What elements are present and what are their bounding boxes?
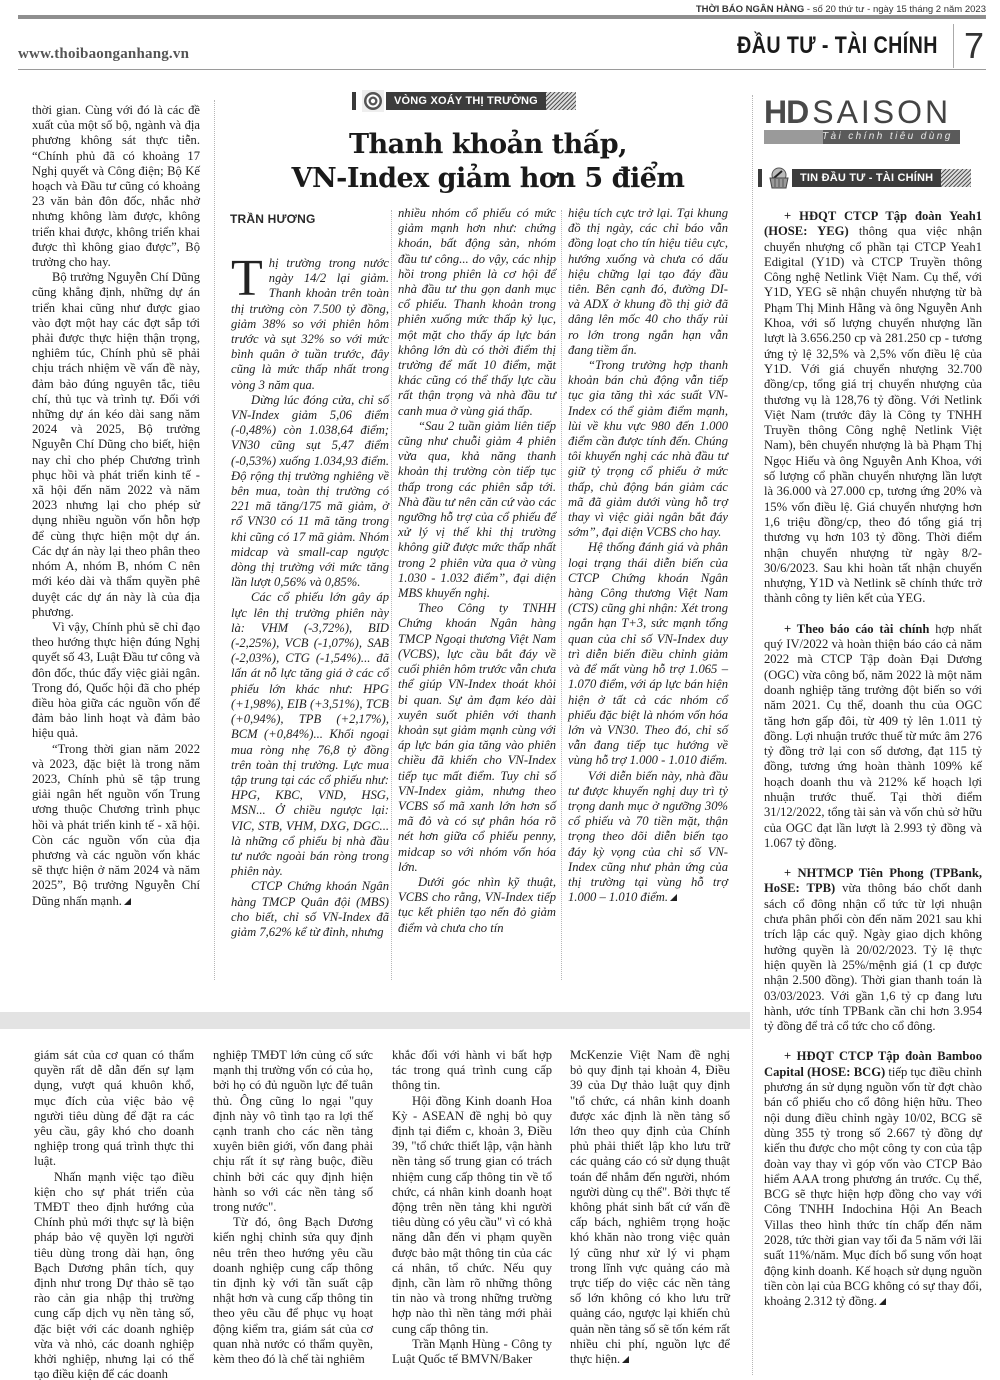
paragraph: hiệu tích cực trở lại. Tại khung đồ thị …: [568, 206, 728, 358]
sidebar-divider: [752, 95, 753, 1375]
header-rule: [18, 69, 986, 70]
paragraph: nghiệp TMĐT lớn củng cố sức mạnh thị trư…: [213, 1048, 373, 1215]
website-link[interactable]: www.thoibaonganhang.vn: [18, 46, 189, 63]
paragraph: “Trong trường hợp thanh khoản bán chủ độ…: [568, 358, 728, 540]
end-mark-icon: [670, 894, 677, 901]
paragraph: giám sát của cơ quan có thẩm quyền rất d…: [34, 1048, 194, 1170]
byline: TRẦN HƯƠNG: [230, 212, 316, 226]
news-item: + HĐQT CTCP Tập đoàn Bamboo Capital (HOS…: [764, 1049, 982, 1309]
paragraph: Hệ thống đánh giá và phân loại trạng thá…: [568, 540, 728, 768]
kicker-label: VÒNG XOÁY THỊ TRƯỜNG: [386, 92, 546, 110]
logo-tagline: Tài chính tiêu dùng: [764, 130, 960, 144]
paragraph: Các cổ phiếu lớn gây áp lực lên thị trườ…: [231, 590, 389, 879]
article-column-3: hiệu tích cực trở lại. Tại khung đồ thị …: [568, 206, 728, 905]
paragraph: thời gian. Cùng với đó là các đề xuất củ…: [32, 103, 200, 270]
headline: Thanh khoản thấp, VN-Index giảm hơn 5 đi…: [228, 128, 748, 196]
paragraph: CTCP Chứng khoán Ngân hàng TMCP Quân đội…: [231, 879, 389, 940]
spiral-icon: [360, 89, 386, 113]
issue-info: - số 20 thứ tư - ngày 15 tháng 2 năm 202…: [804, 4, 986, 15]
paragraph: Dừng lúc đóng cửa, chỉ số VN-Index giảm …: [231, 393, 389, 591]
paragraph: McKenzie Việt Nam đề nghị bỏ quy định tạ…: [570, 1048, 730, 1367]
paragraph: khắc đối với hành vi bất hợp tác trong q…: [392, 1048, 552, 1094]
end-mark-icon: [124, 898, 131, 905]
column-divider: [214, 100, 215, 980]
paragraph: Từ đó, ông Bạch Dương kiến nghị chỉnh sử…: [213, 1215, 373, 1367]
sidebar-kicker-label: TIN ĐẦU TƯ - TÀI CHÍNH: [792, 169, 941, 187]
news-briefs: + HĐQT CTCP Tập đoàn Yeah1 (HOSE: YEG) t…: [764, 209, 982, 1324]
news-item: + Theo báo cáo tài chính hợp nhất quý IV…: [764, 622, 982, 851]
end-mark-icon: [622, 1356, 629, 1363]
header-bar: [18, 15, 986, 19]
paragraph: Nhấn mạnh việc tạo điều kiện cho sự phát…: [34, 1170, 194, 1380]
sidebar-kicker: TIN ĐẦU TƯ - TÀI CHÍNH: [758, 168, 971, 188]
column-divider: [391, 210, 392, 980]
paragraph: “Trong thời gian năm 2022 và 2023, đặc b…: [32, 742, 200, 909]
article-column-2: nhiều nhóm cổ phiếu có mức giảm mạnh hơn…: [398, 206, 556, 936]
news-item: + HĐQT CTCP Tập đoàn Yeah1 (HOSE: YEG) t…: [764, 209, 982, 607]
bottom-column-1: giám sát của cơ quan có thẩm quyền rất d…: [34, 1048, 194, 1380]
article-column-1: Thị trường trong nước ngày 14/2 lại giảm…: [231, 256, 389, 940]
news-item: + NHTMCP Tiên Phong (TPBank, HoSE: TPB) …: [764, 866, 982, 1034]
dropcap: T: [231, 258, 263, 300]
paragraph: Theo Công ty TNHH Chứng khoán Ngân hàng …: [398, 601, 556, 875]
section-band: [0, 1012, 750, 1029]
publication-name: THỜI BÁO NGÂN HÀNG: [696, 4, 804, 15]
left-column: thời gian. Cùng với đó là các đề xuất củ…: [32, 103, 200, 909]
page-number: 7: [953, 24, 984, 68]
paragraph: Thị trường trong nước ngày 14/2 lại giảm…: [231, 256, 389, 393]
issue-line: THỜI BÁO NGÂN HÀNG - số 20 thứ tư - ngày…: [696, 4, 986, 15]
paragraph: Vì vậy, Chính phủ sẽ chỉ đạo theo hướng …: [32, 620, 200, 742]
paragraph: Trần Mạnh Hùng - Công ty Luật Quốc tế BM…: [392, 1337, 552, 1367]
paragraph: Dưới góc nhìn kỹ thuật, VCBS cho rằng, V…: [398, 875, 556, 936]
bottom-column-3: khắc đối với hành vi bất hợp tác trong q…: [392, 1048, 552, 1367]
paragraph: Bộ trưởng Nguyễn Chí Dũng cũng khẳng địn…: [32, 270, 200, 620]
paragraph: Hội đồng Kinh doanh Hoa Kỳ - ASEAN đề ng…: [392, 1094, 552, 1337]
end-mark-icon: [879, 1298, 886, 1305]
paragraph: “Sau 2 tuần giảm liên tiếp cũng như chuỗ…: [398, 419, 556, 601]
section-title: ĐẦU TƯ - TÀI CHÍNH: [737, 32, 938, 60]
paragraph: Với diễn biến này, nhà đầu tư được khuyế…: [568, 769, 728, 906]
bottom-column-4: McKenzie Việt Nam đề nghị bỏ quy định tạ…: [570, 1048, 730, 1367]
bottom-column-2: nghiệp TMĐT lớn củng cố sức mạnh thị trư…: [213, 1048, 373, 1367]
column-divider: [561, 210, 562, 980]
basket-icon: [766, 166, 792, 190]
article-kicker: VÒNG XOÁY THỊ TRƯỜNG: [352, 91, 576, 111]
paragraph: nhiều nhóm cổ phiếu có mức giảm mạnh hơn…: [398, 206, 556, 419]
hdsaison-logo: HDSAISON Tài chính tiêu dùng: [764, 95, 964, 144]
